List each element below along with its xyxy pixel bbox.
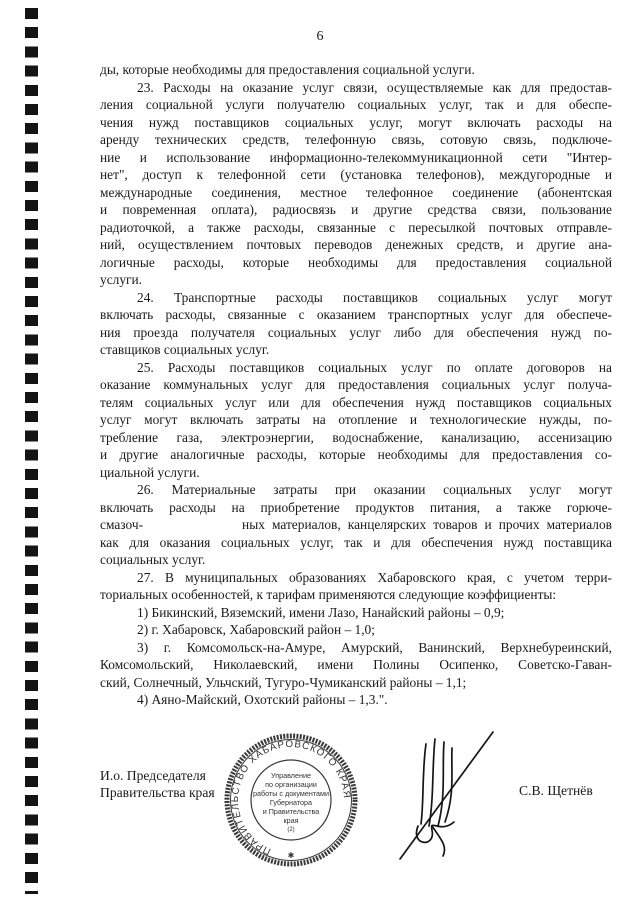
text-line: 24. Транспортные расходы поставщиков соц… <box>100 289 612 307</box>
svg-text:и Правительства: и Правительства <box>263 807 320 816</box>
svg-text:Управление: Управление <box>271 771 311 780</box>
text-line: чения нужд поставщиков социальных услуг,… <box>100 114 612 132</box>
text-line: ды, которые необходимы для предоставлени… <box>100 61 612 79</box>
text-line: ние и использование информационно-телеко… <box>100 149 612 167</box>
text-line: ний, осуществлением почтовых переводов д… <box>100 236 612 254</box>
svg-text:Губернатора: Губернатора <box>270 798 312 807</box>
paragraph: 4) Аяно-Майский, Охотский районы – 1,3."… <box>100 691 612 709</box>
svg-text:по организации: по организации <box>265 780 317 789</box>
document-page: 6 ды, которые необходимы для предоставле… <box>0 0 640 905</box>
paragraph: 23. Расходы на оказание услуг связи, осу… <box>100 79 612 289</box>
text-line: международные соединения, местное телефо… <box>100 184 612 202</box>
text-line: радиоточкой, а также расходы, связанные … <box>100 219 612 237</box>
paragraph: 3) г. Комсомольск-на-Амуре, Амурский, Ва… <box>100 639 612 692</box>
text-line: социальных услуг. <box>100 551 612 569</box>
text-line: и другие аналогичные расходы, которые не… <box>100 446 612 464</box>
svg-text:(2): (2) <box>287 827 294 833</box>
text-line: ториальных особенностей, к тарифам приме… <box>100 586 612 604</box>
text-line: нет", доступ к телефонной сети (установк… <box>100 166 612 184</box>
paragraph: 1) Бикинский, Вяземский, имени Лазо, Нан… <box>100 604 612 622</box>
paragraph: 27. В муниципальных образованиях Хабаров… <box>100 569 612 604</box>
text-line: аренду технических средств, телефонную с… <box>100 131 612 149</box>
paragraph: ды, которые необходимы для предоставлени… <box>100 61 612 79</box>
svg-text:края: края <box>283 816 298 825</box>
text-line: ления социальной услуги получателю социа… <box>100 96 612 114</box>
scan-edge-artifact <box>25 8 38 894</box>
text-line: как для оказания социальных услуг, так и… <box>100 534 612 552</box>
text-line: ния проезда получателя социальных услуг … <box>100 324 612 342</box>
document-body: ды, которые необходимы для предоставлени… <box>100 61 612 709</box>
text-line: ский, Солнечный, Ульчский, Тугуро-Чумика… <box>100 674 612 692</box>
text-line: 1) Бикинский, Вяземский, имени Лазо, Нан… <box>100 604 612 622</box>
signatory-title-line1: И.о. Председателя <box>100 768 215 785</box>
paragraph: 24. Транспортные расходы поставщиков соц… <box>100 289 612 359</box>
text-line: 23. Расходы на оказание услуг связи, осу… <box>100 79 612 97</box>
text-line: услуг могут включать затраты на отоплени… <box>100 411 612 429</box>
text-line: требление газа, электроэнергии, водоснаб… <box>100 429 612 447</box>
text-line: включать расходы на приобретение продукт… <box>100 499 612 517</box>
text-line: 25. Расходы поставщиков социальных услуг… <box>100 359 612 377</box>
stamp-star-separator: ✱ <box>288 851 295 860</box>
text-line: ставщиков социальных услуг. <box>100 341 612 359</box>
page-number: 6 <box>0 29 640 45</box>
text-line: 2) г. Хабаровск, Хабаровский район – 1,0… <box>100 621 612 639</box>
signatory-title: И.о. Председателя Правительства края <box>100 768 215 801</box>
text-line: 3) г. Комсомольск-на-Амуре, Амурский, Ва… <box>100 639 612 657</box>
text-line: 27. В муниципальных образованиях Хабаров… <box>100 569 612 587</box>
signatory-title-line2: Правительства края <box>100 785 215 802</box>
paragraph: 2) г. Хабаровск, Хабаровский район – 1,0… <box>100 621 612 639</box>
text-line: логичные расходы, которые необходимы для… <box>100 254 612 272</box>
handwritten-signature <box>388 726 500 868</box>
official-round-stamp: ПРАВИТЕЛЬСТВО ХАБАРОВСКОГО КРАЯ ✱ Управл… <box>222 731 360 869</box>
text-line: и повременная оплата), радиосвязь и друг… <box>100 201 612 219</box>
text-line: 4) Аяно-Майский, Охотский районы – 1,3."… <box>100 691 612 709</box>
signatory-name: С.В. Щетнёв <box>519 783 593 799</box>
svg-text:работы с документами: работы с документами <box>253 789 329 798</box>
paragraph: 25. Расходы поставщиков социальных услуг… <box>100 359 612 482</box>
text-line: услуги. <box>100 271 612 289</box>
text-line: 26. Материальные затраты при оказании со… <box>100 481 612 499</box>
text-line: включать расходы, связанные с оказанием … <box>100 306 612 324</box>
text-line: оказание коммунальных услуг для предоста… <box>100 376 612 394</box>
text-line: телям социальных услуг или для обеспечен… <box>100 394 612 412</box>
paragraph: 26. Материальные затраты при оказании со… <box>100 481 612 569</box>
text-line: Комсомольский, Николаевский, имени Полин… <box>100 656 612 674</box>
stamp-center-text: Управление по организации работы с докум… <box>253 771 329 833</box>
text-line: смазоч- ных материалов, канцелярских тов… <box>100 516 612 534</box>
text-line: циальной услуги. <box>100 464 612 482</box>
